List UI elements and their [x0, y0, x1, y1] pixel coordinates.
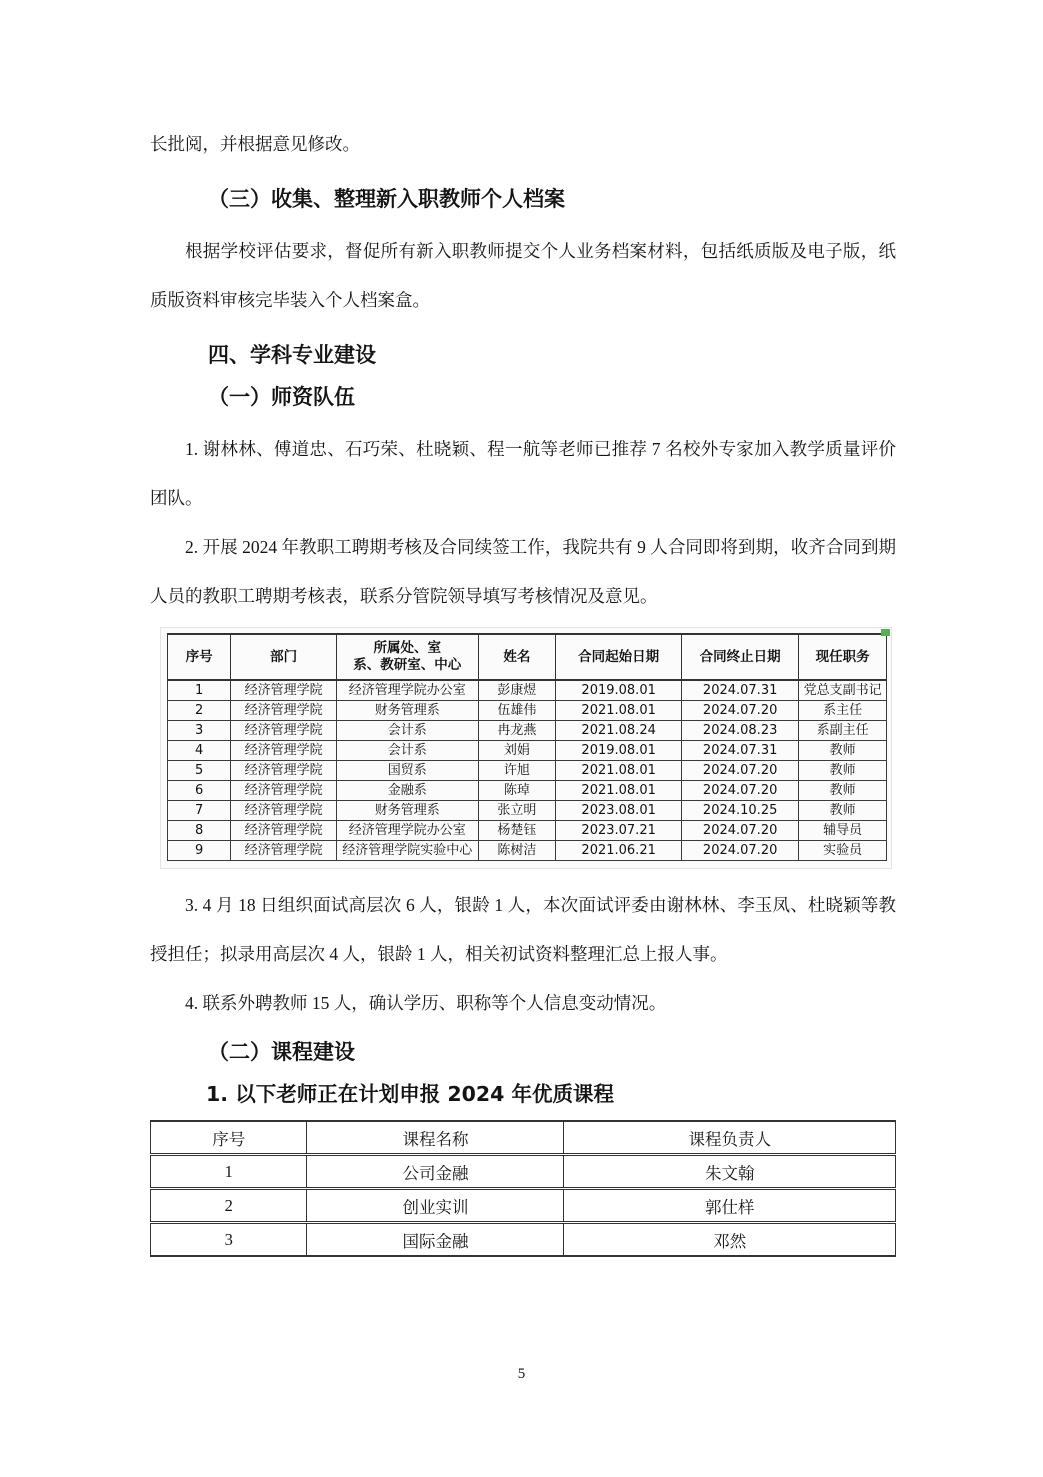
table-row: 7经济管理学院财务管理系张立明2023.08.012024.10.25教师: [168, 801, 887, 821]
table-header-cell: 序号: [151, 1121, 307, 1155]
table-row: 1经济管理学院经济管理学院办公室彭康煜2019.08.012024.07.31党…: [168, 680, 887, 701]
table-cell: 会计系: [336, 741, 478, 761]
table-cell: 党总支副书记: [799, 680, 887, 701]
table-header-cell: 序号: [168, 634, 231, 680]
table-cell: 邓然: [564, 1223, 896, 1257]
contract-table-header-row: 序号部门所属处、室 系、教研室、中心姓名合同起始日期合同终止日期现任职务: [168, 634, 887, 680]
table-cell: 4: [168, 741, 231, 761]
course-table: 序号课程名称课程负责人 1公司金融朱文翰2创业实训郭仕样3国际金融邓然: [150, 1120, 896, 1257]
table-cell: 刘娟: [478, 741, 556, 761]
table-cell: 2021.08.01: [556, 701, 682, 721]
table-cell: 经济管理学院办公室: [336, 680, 478, 701]
table-header-cell: 课程名称: [307, 1121, 564, 1155]
table-header-cell: 课程负责人: [564, 1121, 896, 1155]
table-cell: 经济管理学院: [231, 801, 337, 821]
table-cell: 陈树洁: [478, 841, 556, 861]
table-cell: 8: [168, 821, 231, 841]
table-cell: 2024.07.20: [682, 781, 799, 801]
paragraph-item-4: 4. 联系外聘教师 15 人，确认学历、职称等个人信息变动情况。: [150, 979, 896, 1028]
table-cell: 经济管理学院: [231, 701, 337, 721]
table-cell: 2024.07.20: [682, 841, 799, 861]
table-cell: 杨楚钰: [478, 821, 556, 841]
table-cell: 经济管理学院: [231, 741, 337, 761]
table-cell: 2024.07.20: [682, 701, 799, 721]
page-number: 5: [0, 1366, 1043, 1383]
table-cell: 经济管理学院: [231, 821, 337, 841]
heading-course-construction: （二）课程建设: [150, 1036, 896, 1068]
table-header-cell: 所属处、室 系、教研室、中心: [336, 634, 478, 680]
table-cell: 教师: [799, 801, 887, 821]
table-cell: 公司金融: [307, 1155, 564, 1189]
table-row: 8经济管理学院经济管理学院办公室杨楚钰2023.07.212024.07.20辅…: [168, 821, 887, 841]
excel-selection-corner-icon: [881, 629, 890, 636]
table-row: 4经济管理学院会计系刘娟2019.08.012024.07.31教师: [168, 741, 887, 761]
table-cell: 2024.08.23: [682, 721, 799, 741]
table-cell: 1: [151, 1155, 307, 1189]
table-cell: 1: [168, 680, 231, 701]
table-cell: 实验员: [799, 841, 887, 861]
table-cell: 经济管理学院实验中心: [336, 841, 478, 861]
table-cell: 3: [151, 1223, 307, 1257]
paragraph-item-3: 3. 4 月 18 日组织面试高层次 6 人，银龄 1 人，本次面试评委由谢林林…: [150, 881, 896, 979]
table-cell: 2021.08.01: [556, 761, 682, 781]
table-row: 1公司金融朱文翰: [151, 1155, 896, 1189]
table-cell: 国际金融: [307, 1223, 564, 1257]
table-cell: 6: [168, 781, 231, 801]
table-cell: 2024.07.31: [682, 741, 799, 761]
table-cell: 9: [168, 841, 231, 861]
table-cell: 经济管理学院: [231, 721, 337, 741]
table-cell: 2019.08.01: [556, 741, 682, 761]
table-cell: 金融系: [336, 781, 478, 801]
table-cell: 教师: [799, 761, 887, 781]
table-cell: 2024.07.31: [682, 680, 799, 701]
table-row: 2创业实训郭仕样: [151, 1189, 896, 1223]
table-header-cell: 合同起始日期: [556, 634, 682, 680]
table-header-cell: 姓名: [478, 634, 556, 680]
table-cell: 2024.07.20: [682, 821, 799, 841]
document-page: 长批阅，并根据意见修改。 （三）收集、整理新入职教师个人档案 根据学校评估要求，…: [0, 0, 1043, 1477]
table-cell: 彭康煜: [478, 680, 556, 701]
table-cell: 许旭: [478, 761, 556, 781]
table-cell: 郭仕样: [564, 1189, 896, 1223]
table-cell: 经济管理学院: [231, 761, 337, 781]
table-cell: 2023.08.01: [556, 801, 682, 821]
table-header-cell: 现任职务: [799, 634, 887, 680]
table-cell: 创业实训: [307, 1189, 564, 1223]
paragraph-item-2: 2. 开展 2024 年教职工聘期考核及合同续签工作，我院共有 9 人合同即将到…: [150, 523, 896, 621]
table-row: 3国际金融邓然: [151, 1223, 896, 1257]
table-cell: 2021.08.24: [556, 721, 682, 741]
course-table-header-row: 序号课程名称课程负责人: [151, 1121, 896, 1155]
paragraph-continuation: 长批阅，并根据意见修改。: [150, 120, 896, 169]
table-cell: 伍雄伟: [478, 701, 556, 721]
table-cell: 经济管理学院: [231, 781, 337, 801]
table-cell: 3: [168, 721, 231, 741]
table-cell: 2023.07.21: [556, 821, 682, 841]
heading-course-list: 1. 以下老师正在计划申报 2024 年优质课程: [150, 1078, 896, 1110]
table-cell: 7: [168, 801, 231, 821]
table-row: 9经济管理学院经济管理学院实验中心陈树洁2021.06.212024.07.20…: [168, 841, 887, 861]
paragraph-item-1: 1. 谢林林、傅道忠、石巧荣、杜晓颖、程一航等老师已推荐 7 名校外专家加入教学…: [150, 425, 896, 523]
table-cell: 系副主任: [799, 721, 887, 741]
table-cell: 教师: [799, 781, 887, 801]
table-cell: 经济管理学院: [231, 841, 337, 861]
heading-discipline-construction: 四、学科专业建设: [150, 339, 896, 371]
table-cell: 国贸系: [336, 761, 478, 781]
table-row: 2经济管理学院财务管理系伍雄伟2021.08.012024.07.20系主任: [168, 701, 887, 721]
table-cell: 2021.08.01: [556, 781, 682, 801]
table-cell: 2024.07.20: [682, 761, 799, 781]
page-content: 长批阅，并根据意见修改。 （三）收集、整理新入职教师个人档案 根据学校评估要求，…: [150, 0, 896, 1257]
table-cell: 系主任: [799, 701, 887, 721]
paragraph-archive: 根据学校评估要求，督促所有新入职教师提交个人业务档案材料，包括纸质版及电子版，纸…: [150, 227, 896, 325]
contract-table-image: 序号部门所属处、室 系、教研室、中心姓名合同起始日期合同终止日期现任职务 1经济…: [160, 627, 892, 869]
table-row: 6经济管理学院金融系陈琸2021.08.012024.07.20教师: [168, 781, 887, 801]
table-cell: 会计系: [336, 721, 478, 741]
table-cell: 5: [168, 761, 231, 781]
table-cell: 教师: [799, 741, 887, 761]
table-cell: 2019.08.01: [556, 680, 682, 701]
table-cell: 2: [168, 701, 231, 721]
contract-table: 序号部门所属处、室 系、教研室、中心姓名合同起始日期合同终止日期现任职务 1经济…: [167, 633, 887, 861]
table-cell: 辅导员: [799, 821, 887, 841]
table-cell: 陈琸: [478, 781, 556, 801]
heading-faculty-team: （一）师资队伍: [150, 381, 896, 413]
table-row: 3经济管理学院会计系冉龙燕2021.08.242024.08.23系副主任: [168, 721, 887, 741]
heading-collect-archives: （三）收集、整理新入职教师个人档案: [150, 183, 896, 215]
table-cell: 张立明: [478, 801, 556, 821]
table-header-cell: 部门: [231, 634, 337, 680]
table-cell: 经济管理学院办公室: [336, 821, 478, 841]
table-cell: 朱文翰: [564, 1155, 896, 1189]
table-cell: 冉龙燕: [478, 721, 556, 741]
table-cell: 2021.06.21: [556, 841, 682, 861]
table-cell: 2: [151, 1189, 307, 1223]
table-cell: 2024.10.25: [682, 801, 799, 821]
table-row: 5经济管理学院国贸系许旭2021.08.012024.07.20教师: [168, 761, 887, 781]
table-header-cell: 合同终止日期: [682, 634, 799, 680]
table-cell: 财务管理系: [336, 701, 478, 721]
table-cell: 经济管理学院: [231, 680, 337, 701]
table-cell: 财务管理系: [336, 801, 478, 821]
